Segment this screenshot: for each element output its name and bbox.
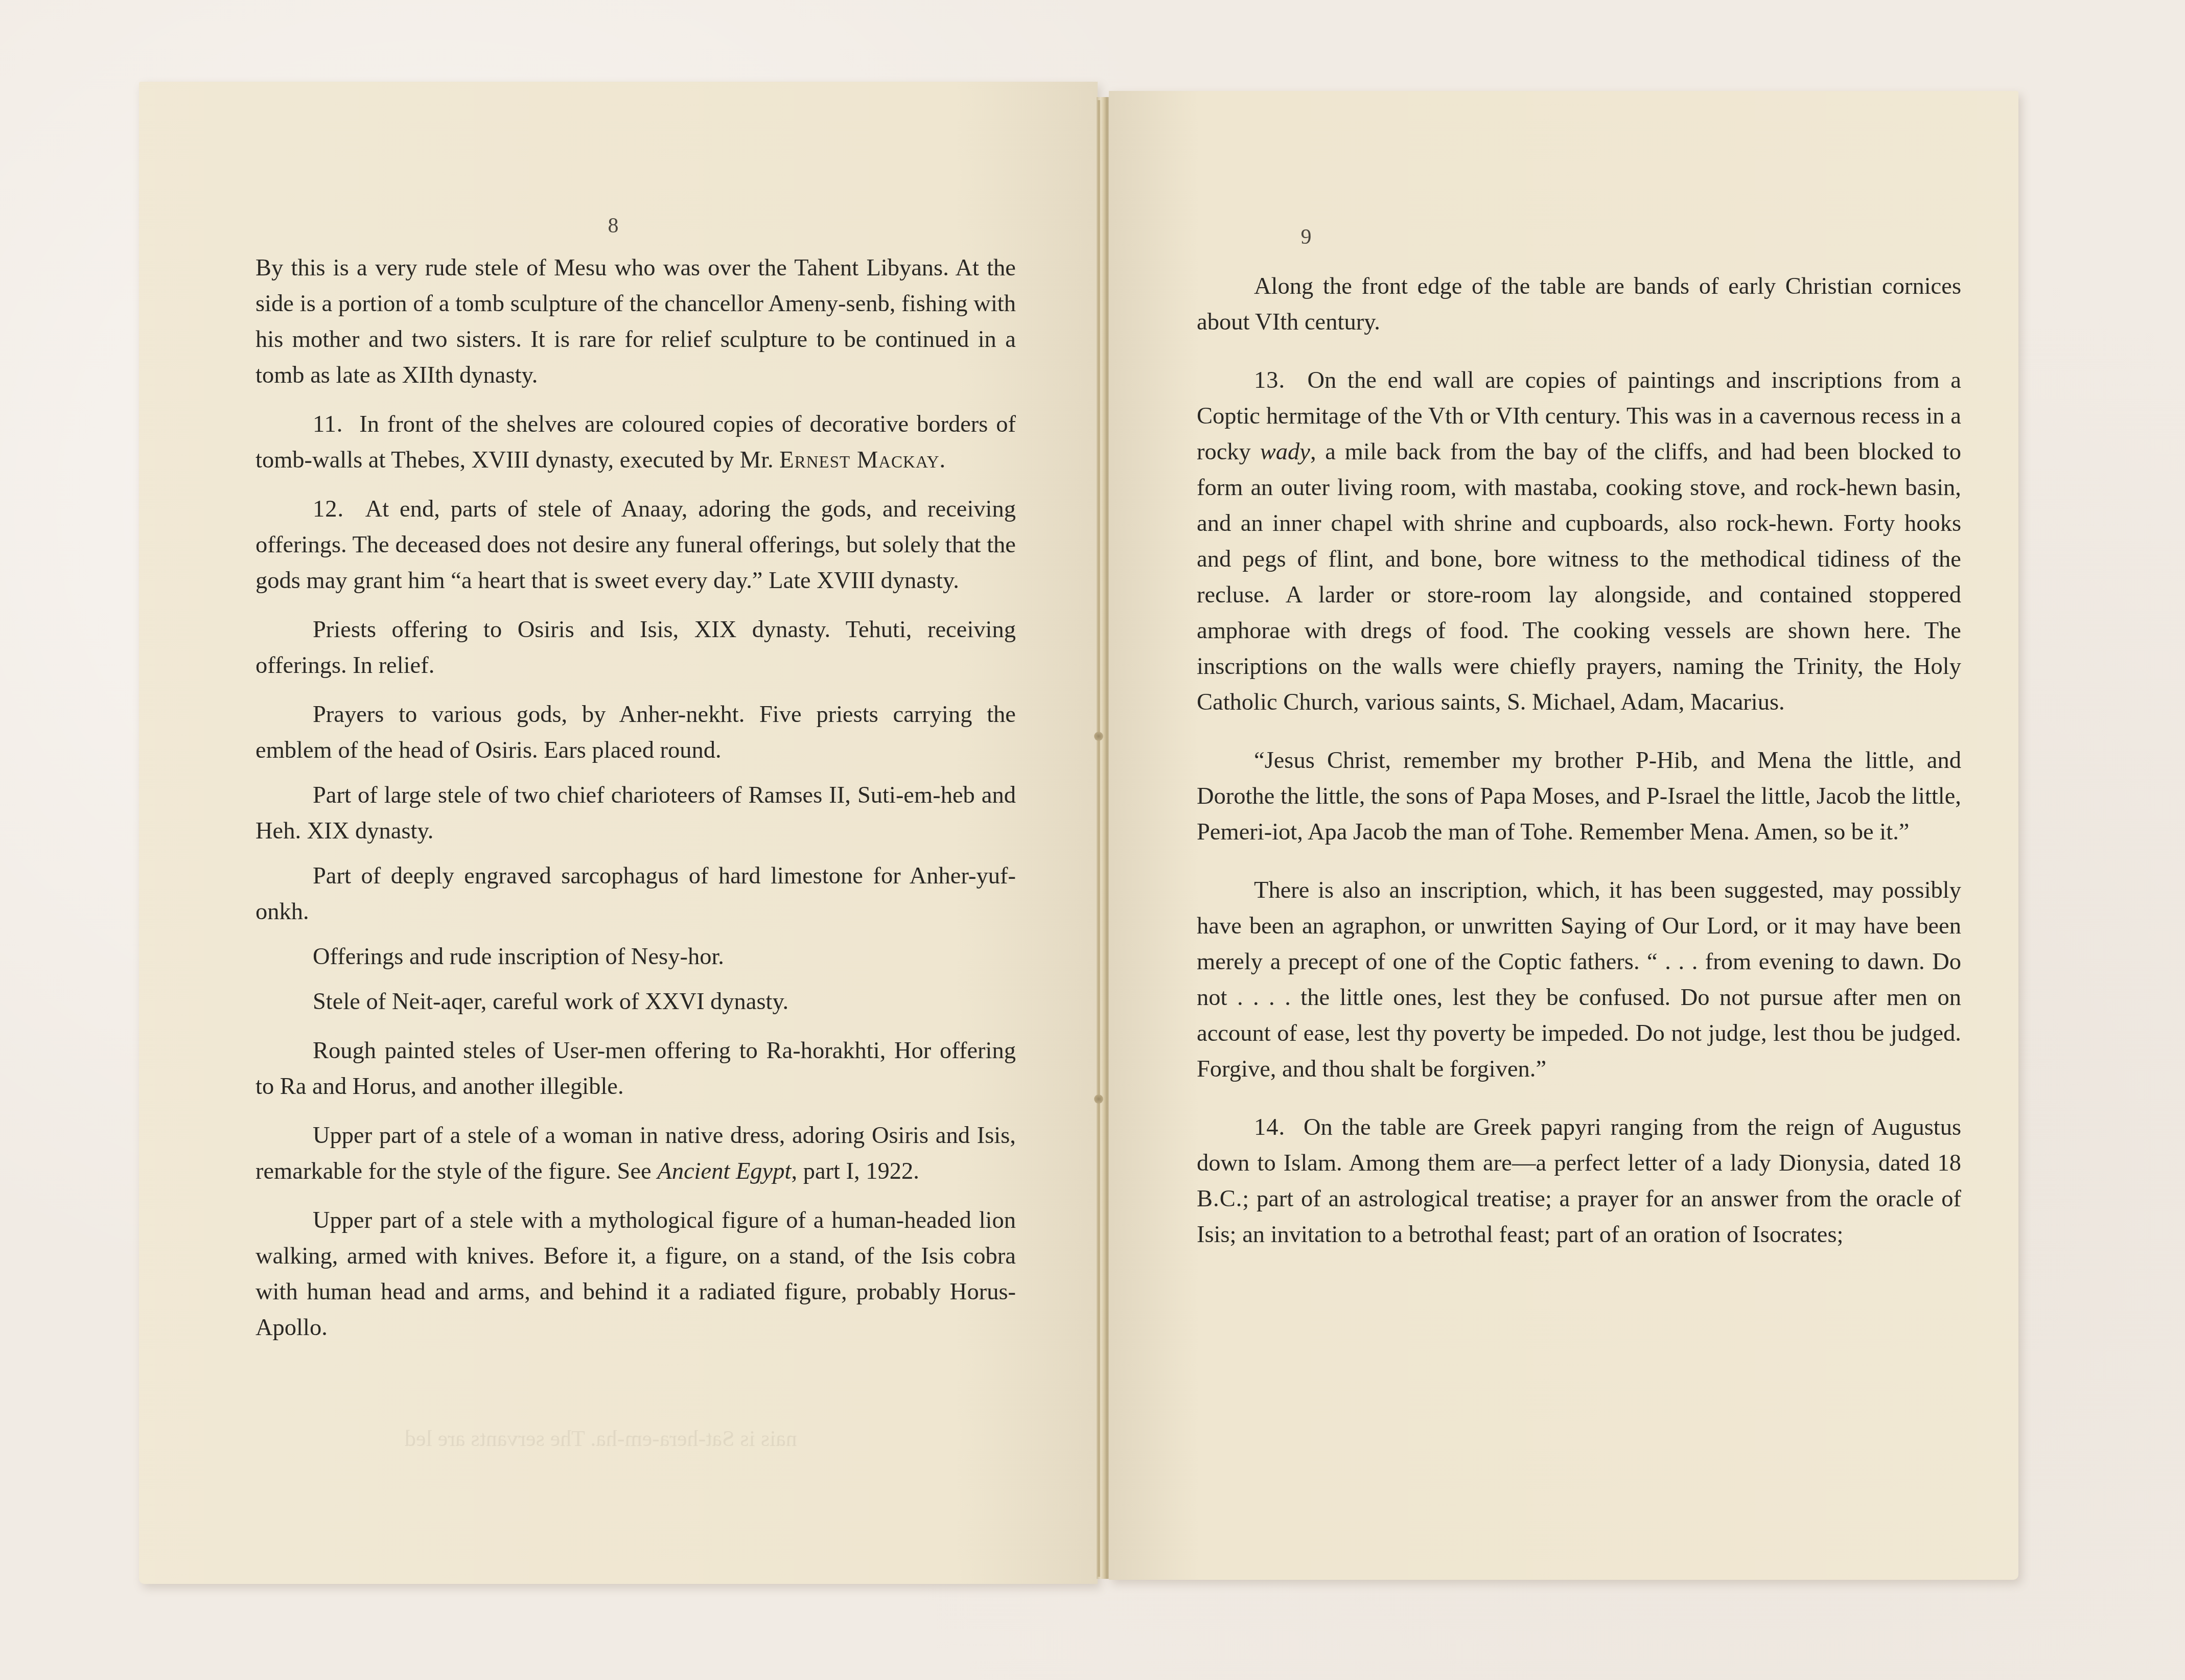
paragraph-text-tail: . — [940, 447, 946, 473]
paragraph: Rough painted steles of User-men offerin… — [255, 1033, 1016, 1105]
right-page: 9 Along the front edge of the table are … — [1109, 91, 2018, 1580]
left-page-text: By this is a very rude stele of Mesu who… — [255, 250, 1016, 1355]
paragraph-text: “Jesus Christ, remember my brother P-Hib… — [1197, 748, 1961, 845]
paragraph-text: On the table are Greek papyri ranging fr… — [1197, 1114, 1961, 1176]
section-number: 14. — [1254, 1114, 1285, 1140]
paragraph-section-14: 14. On the table are Greek papyri rangin… — [1197, 1110, 1961, 1253]
paragraph-text-tail: , part I, 1922. — [791, 1158, 919, 1184]
binding-knot-icon — [1094, 1094, 1103, 1104]
paragraph-text: Upper part of a stele with a mythologica… — [255, 1207, 1016, 1341]
paragraph-text-tail: ; part of an astrological treatise; a pr… — [1197, 1186, 1961, 1248]
paragraph: By this is a very rude stele of Mesu who… — [255, 250, 1016, 393]
paragraph-text: Along the front edge of the table are ba… — [1197, 273, 1961, 335]
paragraph-text: By this is a very rude stele of Mesu who… — [255, 255, 1016, 388]
left-page: 8 By this is a very rude stele of Mesu w… — [139, 82, 1098, 1584]
paragraph-text: Part of large stele of two chief chariot… — [255, 782, 1016, 844]
section-number: 11. — [313, 411, 343, 437]
author-name-smallcaps: Ernest Mackay — [779, 447, 939, 473]
binding-thread — [1098, 100, 1100, 1577]
era-smallcaps: B.C. — [1197, 1186, 1242, 1212]
booklet-spread: 8 By this is a very rude stele of Mesu w… — [0, 0, 2185, 1680]
paragraph-section-12: 12. At end, parts of stele of Anaay, ado… — [255, 492, 1016, 599]
quotation-paragraph: “Jesus Christ, remember my brother P-Hib… — [1197, 743, 1961, 850]
paragraph-text: At end, parts of stele of Anaay, adoring… — [255, 496, 1016, 594]
paragraph: Stele of Neit-aqer, careful work of XXVI… — [255, 984, 1016, 1020]
paragraph: Offerings and rude inscription of Nesy-h… — [255, 939, 1016, 975]
right-page-text: Along the front edge of the table are ba… — [1197, 269, 1961, 1262]
term-italic: wady — [1260, 439, 1310, 465]
paragraph-text-tail: , a mile back from the bay of the cliffs… — [1197, 439, 1961, 715]
paragraph-text: Stele of Neit-aqer, careful work of XXVI… — [313, 989, 788, 1015]
paragraph-text: Prayers to various gods, by Anher-nekht.… — [255, 702, 1016, 763]
paragraph-text: There is also an inscription, which, it … — [1197, 877, 1961, 1082]
paragraph-text: Priests offering to Osiris and Isis, XIX… — [255, 617, 1016, 679]
paragraph: There is also an inscription, which, it … — [1197, 873, 1961, 1087]
paragraph: Part of large stele of two chief chariot… — [255, 778, 1016, 849]
paragraph-section-11: 11. In front of the shelves are coloured… — [255, 407, 1016, 478]
paragraph: Upper part of a stele of a woman in nati… — [255, 1118, 1016, 1189]
paragraph: Upper part of a stele with a mythologica… — [255, 1203, 1016, 1346]
page-number-left: 8 — [588, 214, 639, 238]
paragraph-text: Rough painted steles of User-men offerin… — [255, 1038, 1016, 1100]
paragraph: Part of deeply engraved sarcophagus of h… — [255, 858, 1016, 930]
paragraph-section-13: 13. On the end wall are copies of painti… — [1197, 363, 1961, 720]
paragraph-text: Part of deeply engraved sarcophagus of h… — [255, 863, 1016, 925]
section-number: 12. — [313, 496, 344, 522]
paragraph-text: Offerings and rude inscription of Nesy-h… — [313, 944, 724, 970]
paragraph: Prayers to various gods, by Anher-nekht.… — [255, 697, 1016, 768]
section-number: 13. — [1254, 367, 1285, 393]
page-number-right: 9 — [1281, 225, 1332, 249]
bleed-through-text: nais is Sat-hera-em-ha. The servants are… — [405, 1426, 797, 1452]
publication-title-italic: Ancient Egypt — [657, 1158, 791, 1184]
paragraph: Priests offering to Osiris and Isis, XIX… — [255, 612, 1016, 684]
binding-knot-icon — [1094, 732, 1103, 741]
paragraph: Along the front edge of the table are ba… — [1197, 269, 1961, 340]
